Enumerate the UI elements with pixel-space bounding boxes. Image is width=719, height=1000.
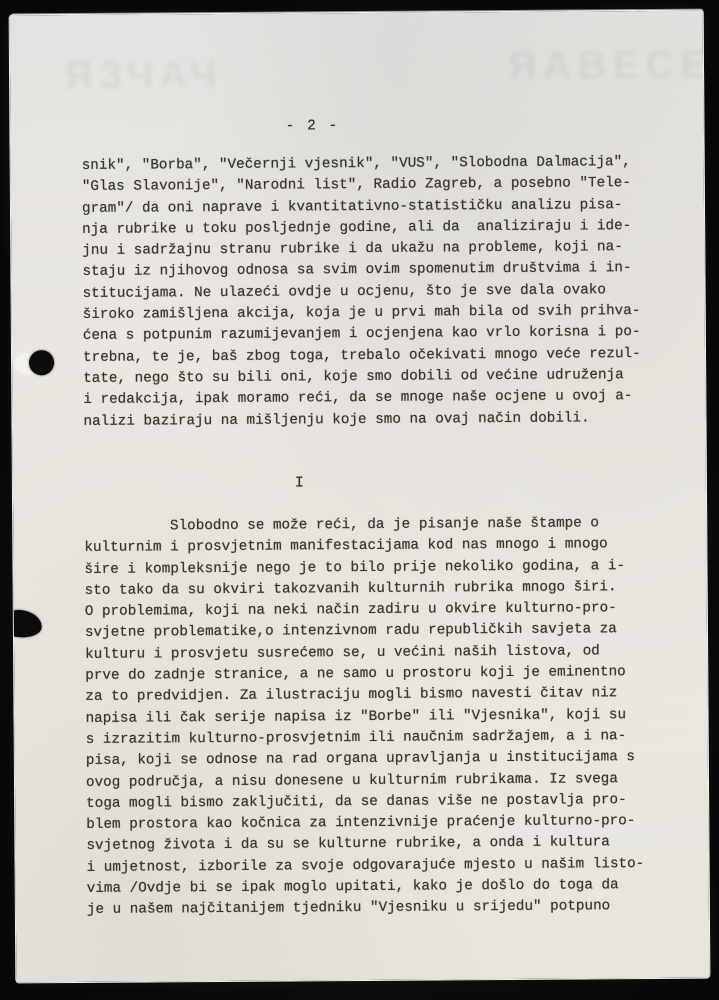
paragraph-1: snik", "Borba", "Večernji vjesnik", "VUS…	[82, 152, 642, 433]
paper-sheet: ЯЗЧАЧ ЯАВЕСЕ - 2 - snik", "Borba", "Veče…	[10, 11, 710, 983]
typewritten-line: je u našem najčitanijem tjedniku "Vjesni…	[87, 896, 645, 921]
page-number: - 2 -	[262, 118, 362, 135]
hole-punch-bottom	[10, 608, 44, 640]
ghost-bleedthrough-text-left: ЯЗЧАЧ	[65, 54, 223, 98]
typewritten-line: nalizi baziraju na mišljenju koje smo na…	[83, 408, 641, 433]
section-heading: I	[295, 474, 304, 491]
paragraph-2: Slobodno se može reći, da je pisanje naš…	[84, 513, 644, 922]
ghost-bleedthrough-text-right: ЯАВЕСЕ	[508, 43, 710, 89]
scan-background: { "doc": { "page_number": "- 2 -", "head…	[0, 0, 719, 1000]
hole-punch-top	[29, 350, 54, 375]
